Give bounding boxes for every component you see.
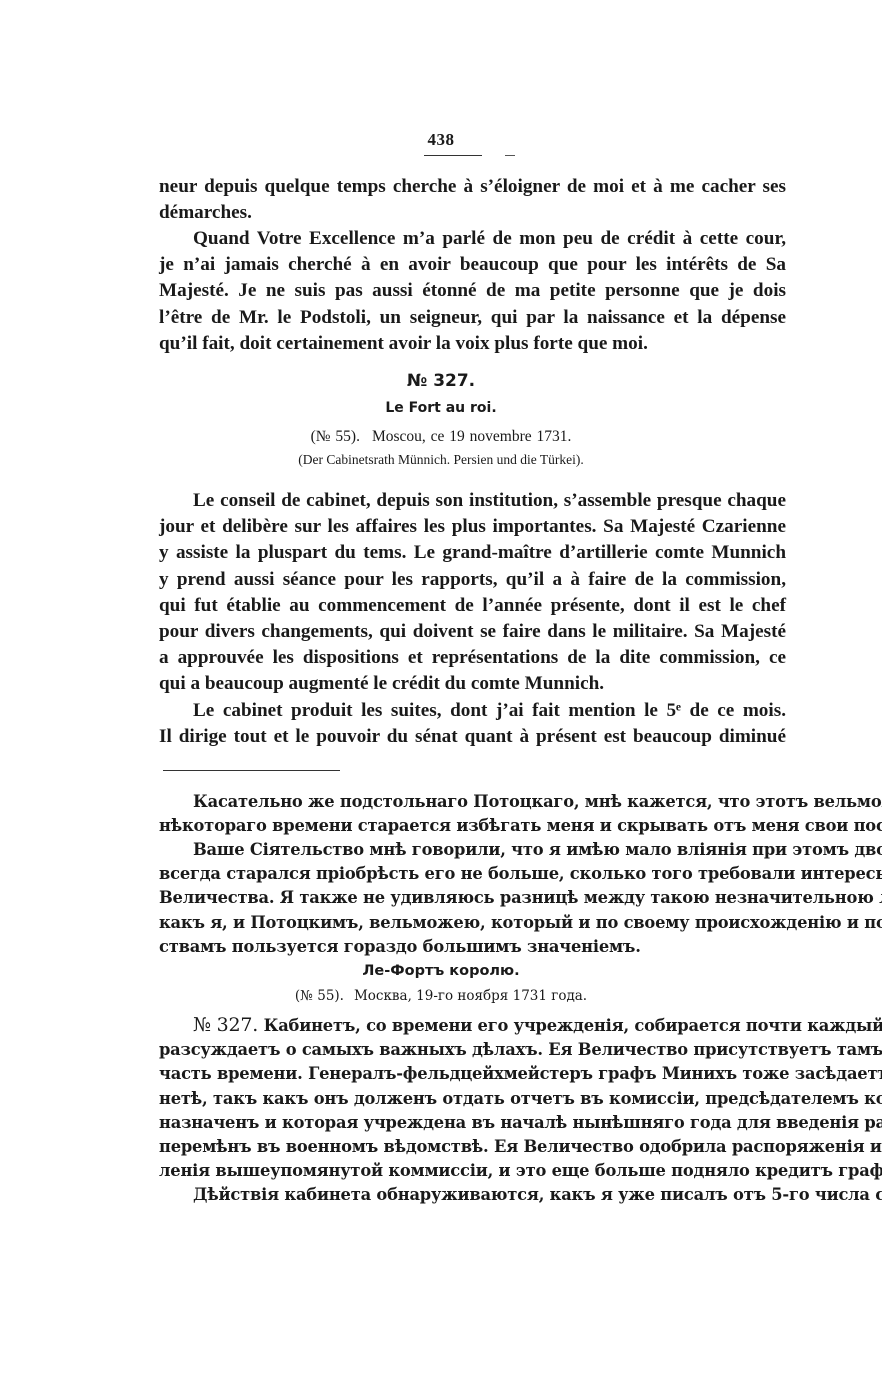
text-line: qu’il fait, doit certainement avoir la v…	[159, 331, 786, 357]
page-number-rule-dash	[505, 155, 515, 156]
russian-document-ref: (№ 55).	[295, 988, 344, 1004]
document-ref: (№ 55).	[311, 428, 360, 445]
document-number: № 327.	[0, 371, 882, 391]
text-line: ленія вышеупомянутой коммиссіи, и это ещ…	[159, 1159, 786, 1183]
text-line: Le cabinet produit les suites, dont j’ai…	[159, 698, 786, 724]
french-paragraph: Quand Votre Excellence m’a parlé de mon …	[159, 226, 786, 357]
page-number: 438	[0, 130, 882, 150]
french-continuation: neur depuis quelque temps cherche à s’él…	[159, 174, 786, 226]
footnote-separator	[163, 770, 340, 771]
text-line: всегда старался пріобрѣсть его не больше…	[159, 862, 786, 886]
text-line: перемѣнъ въ военномъ вѣдомствѣ. Ея Велич…	[159, 1135, 786, 1159]
text-line: Касательно же подстольнаго Потоцкаго, мн…	[159, 790, 786, 814]
document-date-line: (№ 55).Moscou, ce 19 novembre 1731.	[0, 428, 882, 446]
text-line: y prend aussi séance pour les rapports, …	[159, 567, 786, 593]
text-line: Le conseil de cabinet, depuis son instit…	[159, 488, 786, 514]
text-line: Majesté. Je ne suis pas aussi étonné de …	[159, 278, 786, 304]
document-title: Le Fort au roi.	[0, 400, 882, 416]
page-number-rule	[424, 155, 482, 156]
russian-footnote-paragraph: Ваше Сіятельство мнѣ говорили, что я имѣ…	[159, 838, 786, 959]
text-line: часть времени. Генералъ-фельдцейхмейстер…	[159, 1062, 786, 1086]
russian-document-date-line: (№ 55).Москва, 19-го ноября 1731 года.	[0, 988, 882, 1004]
text-line: qui a beaucoup augmenté le crédit du com…	[159, 671, 786, 697]
french-paragraph: Le conseil de cabinet, depuis son instit…	[159, 488, 786, 698]
text-line: démarches.	[159, 200, 786, 226]
text-line: y assiste la pluspart du tems. Le grand-…	[159, 540, 786, 566]
document-subtitle: (Der Cabinetsrath Münnich. Persien und d…	[0, 452, 882, 468]
russian-document-place-date: Москва, 19-го ноября 1731 года.	[354, 988, 587, 1004]
text-line: № 327. Кабинетъ, со времени его учрежден…	[159, 1013, 786, 1038]
french-paragraph: Le cabinet produit les suites, dont j’ai…	[159, 698, 786, 750]
text-line: Величества. Я также не удивляюсь разницѣ…	[159, 886, 786, 910]
text-line: ствамъ пользуется гораздо большимъ значе…	[159, 935, 786, 959]
russian-document-title: Ле-Фортъ королю.	[0, 963, 882, 979]
russian-document-number: № 327.	[193, 1014, 258, 1036]
text-line: Дѣйствія кабинета обнаруживаются, какъ я…	[159, 1183, 786, 1207]
russian-footnote-paragraph: Касательно же подстольнаго Потоцкаго, мн…	[159, 790, 786, 838]
russian-paragraph: № 327. Кабинетъ, со времени его учрежден…	[159, 1013, 786, 1183]
text-line: pour divers changements, qui doivent se …	[159, 619, 786, 645]
text-line: какъ я, и Потоцкимъ, вельможею, который …	[159, 911, 786, 935]
text-line: нетѣ, такъ какъ онъ долженъ отдать отчет…	[159, 1087, 786, 1111]
book-page: 438 neur depuis quelque temps cherche à …	[0, 0, 882, 1393]
text-line: a approuvée les dispositions et représen…	[159, 645, 786, 671]
text-line: нѣкотораго времени старается избѣгать ме…	[159, 814, 786, 838]
text-line: neur depuis quelque temps cherche à s’él…	[159, 174, 786, 200]
text-line: jour et delibère sur les affaires les pl…	[159, 514, 786, 540]
text-line: je n’ai jamais cherché à en avoir beauco…	[159, 252, 786, 278]
text-line: Quand Votre Excellence m’a parlé de mon …	[159, 226, 786, 252]
text-line: разсуждаетъ о самыхъ важныхъ дѣлахъ. Ея …	[159, 1038, 786, 1062]
document-place-date: Moscou, ce 19 novembre 1731.	[372, 428, 571, 445]
text-line: qui fut établie au commencement de l’ann…	[159, 593, 786, 619]
text-line: Ваше Сіятельство мнѣ говорили, что я имѣ…	[159, 838, 786, 862]
text-line: Il dirige tout et le pouvoir du sénat qu…	[159, 724, 786, 750]
russian-paragraph: Дѣйствія кабинета обнаруживаются, какъ я…	[159, 1183, 786, 1207]
text-line: l’être de Mr. le Podstoli, un seigneur, …	[159, 305, 786, 331]
text-line: назначенъ и которая учреждена въ началѣ …	[159, 1111, 786, 1135]
text-fragment: Кабинетъ, со времени его учрежденія, соб…	[264, 1016, 882, 1035]
